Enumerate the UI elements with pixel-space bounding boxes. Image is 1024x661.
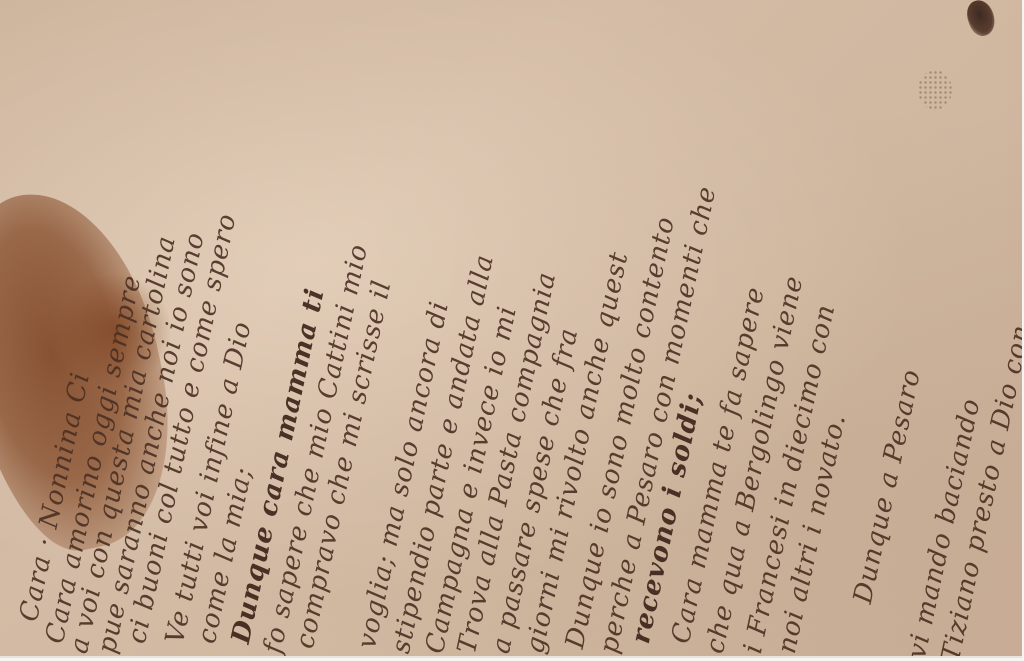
text-line: Dunque a Pesaro: [848, 366, 927, 606]
postcard: Cara · Nonnina Ci Cara amorino oggi semp…: [0, 0, 1022, 658]
handwritten-text: Cara · Nonnina Ci Cara amorino oggi semp…: [0, 0, 1022, 658]
